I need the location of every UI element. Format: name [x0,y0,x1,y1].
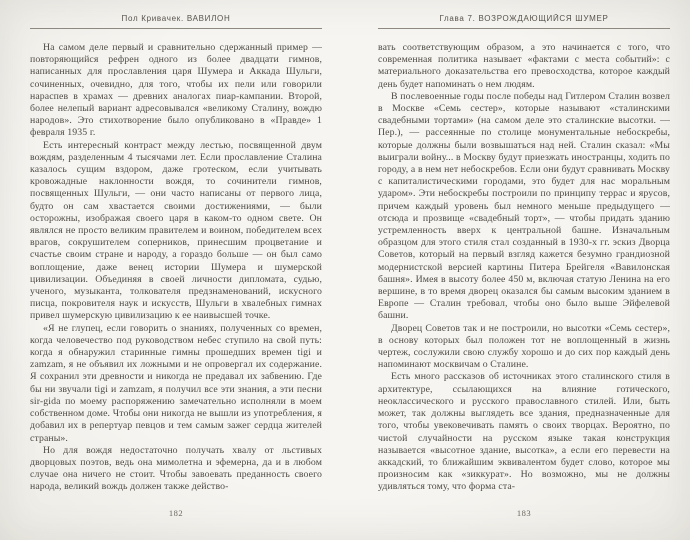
body-text-left: На самом деле первый и сравнительно сдер… [30,42,322,494]
paragraph: Есть интересный контраст между лестью, п… [30,140,322,323]
paragraph: Дворец Советов так и не построили, но вы… [378,323,670,372]
page-number-right: 183 [378,508,670,518]
running-head-left: Пол Кривачек. ВАВИЛОН [30,14,322,29]
book-spread: Пол Кривачек. ВАВИЛОН На самом деле перв… [0,0,690,540]
paragraph: На самом деле первый и сравнительно сдер… [30,42,322,140]
paragraph: вать соответствующим образом, а это начи… [378,42,670,91]
page-number-left: 182 [30,508,322,518]
page-left: Пол Кривачек. ВАВИЛОН На самом деле перв… [30,14,322,526]
paragraph: Есть много рассказов об источниках этого… [378,371,670,493]
running-head-right: Глава 7. ВОЗРОЖДАЮЩИЙСЯ ШУМЕР [378,14,670,29]
paragraph: «Я не глупец, если говорить о знаниях, п… [30,323,322,445]
paragraph: В послевоенные годы после победы над Гит… [378,91,670,323]
body-text-right: вать соответствующим образом, а это начи… [378,42,670,494]
paragraph: Но для вождя недостаточно получать хвалу… [30,445,322,494]
page-right: Глава 7. ВОЗРОЖДАЮЩИЙСЯ ШУМЕР вать соотв… [378,14,670,526]
